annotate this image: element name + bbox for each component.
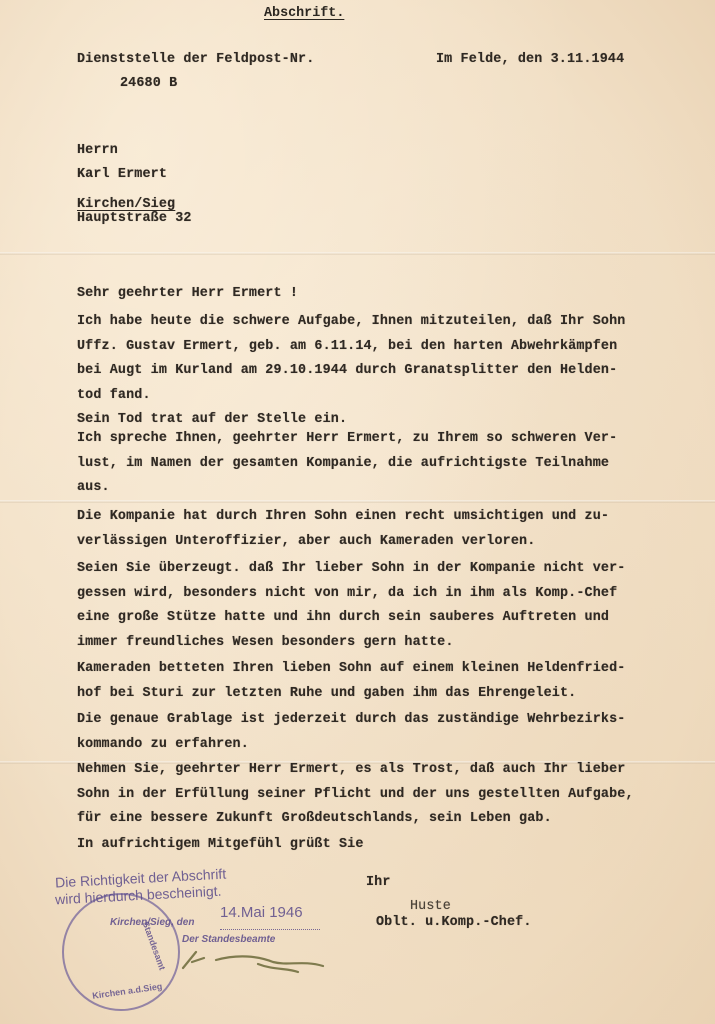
closing-ihr: Ihr (366, 871, 391, 896)
certification-date: 14.Mai 1946 (220, 904, 303, 921)
body-line: Kameraden betteten Ihren lieben Sohn auf… (77, 657, 707, 682)
letter-greeting: Sehr geehrter Herr Ermert ! (77, 282, 298, 307)
body-line: eine große Stütze hatte und ihn durch se… (77, 606, 707, 631)
body-line: Nehmen Sie, geehrter Herr Ermert, es als… (77, 758, 707, 783)
body-line: Die genaue Grablage ist jederzeit durch … (77, 708, 707, 733)
body-line: hof bei Sturi zur letzten Ruhe und gaben… (77, 682, 707, 707)
body-line: Ich habe heute die schwere Aufgabe, Ihne… (77, 310, 707, 335)
body-line: Sohn in der Erfüllung seiner Pflicht und… (77, 783, 707, 808)
document-title: Abschrift. (264, 6, 344, 21)
sender-office: Dienststelle der Feldpost-Nr. (77, 48, 314, 73)
closing-line: In aufrichtigem Mitgefühl grüßt Sie (77, 833, 364, 858)
body-line: aus. (77, 476, 707, 501)
body-line: verlässigen Unteroffizier, aber auch Kam… (77, 530, 707, 555)
recipient-name: Karl Ermert (77, 163, 167, 188)
date-dotted-line (220, 929, 320, 930)
recipient-street: Hauptstraße 32 (77, 207, 192, 232)
body-line: lust, im Namen der gesamten Kompanie, di… (77, 452, 707, 477)
body-paragraph: Ich habe heute die schwere Aufgabe, Ihne… (77, 310, 707, 433)
place-date: Im Felde, den 3.11.1944 (436, 48, 624, 73)
paper-fold (0, 252, 715, 255)
body-line: bei Augt im Kurland am 29.10.1944 durch … (77, 359, 707, 384)
handwritten-signature (178, 940, 338, 980)
field-post-number: 24680 B (120, 72, 177, 97)
body-line: Die Kompanie hat durch Ihren Sohn einen … (77, 505, 707, 530)
body-line: für eine bessere Zukunft Großdeutschland… (77, 807, 707, 832)
body-paragraph: Die Kompanie hat durch Ihren Sohn einen … (77, 505, 707, 554)
body-line: immer freundliches Wesen besonders gern … (77, 631, 707, 656)
body-line: Uffz. Gustav Ermert, geb. am 6.11.14, be… (77, 335, 707, 360)
body-line: Ich spreche Ihnen, geehrter Herr Ermert,… (77, 427, 707, 452)
body-line: kommando zu erfahren. (77, 733, 707, 758)
body-paragraph: Kameraden betteten Ihren lieben Sohn auf… (77, 657, 707, 706)
document-page: Abschrift. Dienststelle der Feldpost-Nr.… (0, 0, 715, 1024)
recipient-salutation: Herrn (77, 139, 118, 164)
body-paragraph: Ich spreche Ihnen, geehrter Herr Ermert,… (77, 427, 707, 501)
body-line: tod fand. (77, 384, 707, 409)
body-paragraph: Nehmen Sie, geehrter Herr Ermert, es als… (77, 758, 707, 832)
body-line: gessen wird, besonders nicht von mir, da… (77, 582, 707, 607)
body-line: Seien Sie überzeugt. daß Ihr lieber Sohn… (77, 557, 707, 582)
signer-name: Huste (410, 899, 451, 915)
body-paragraph: Seien Sie überzeugt. daß Ihr lieber Sohn… (77, 557, 707, 655)
signer-title: Oblt. u.Komp.-Chef. (376, 915, 532, 931)
body-paragraph: Die genaue Grablage ist jederzeit durch … (77, 708, 707, 757)
certification-place: Kirchen/Sieg, den (110, 917, 194, 928)
